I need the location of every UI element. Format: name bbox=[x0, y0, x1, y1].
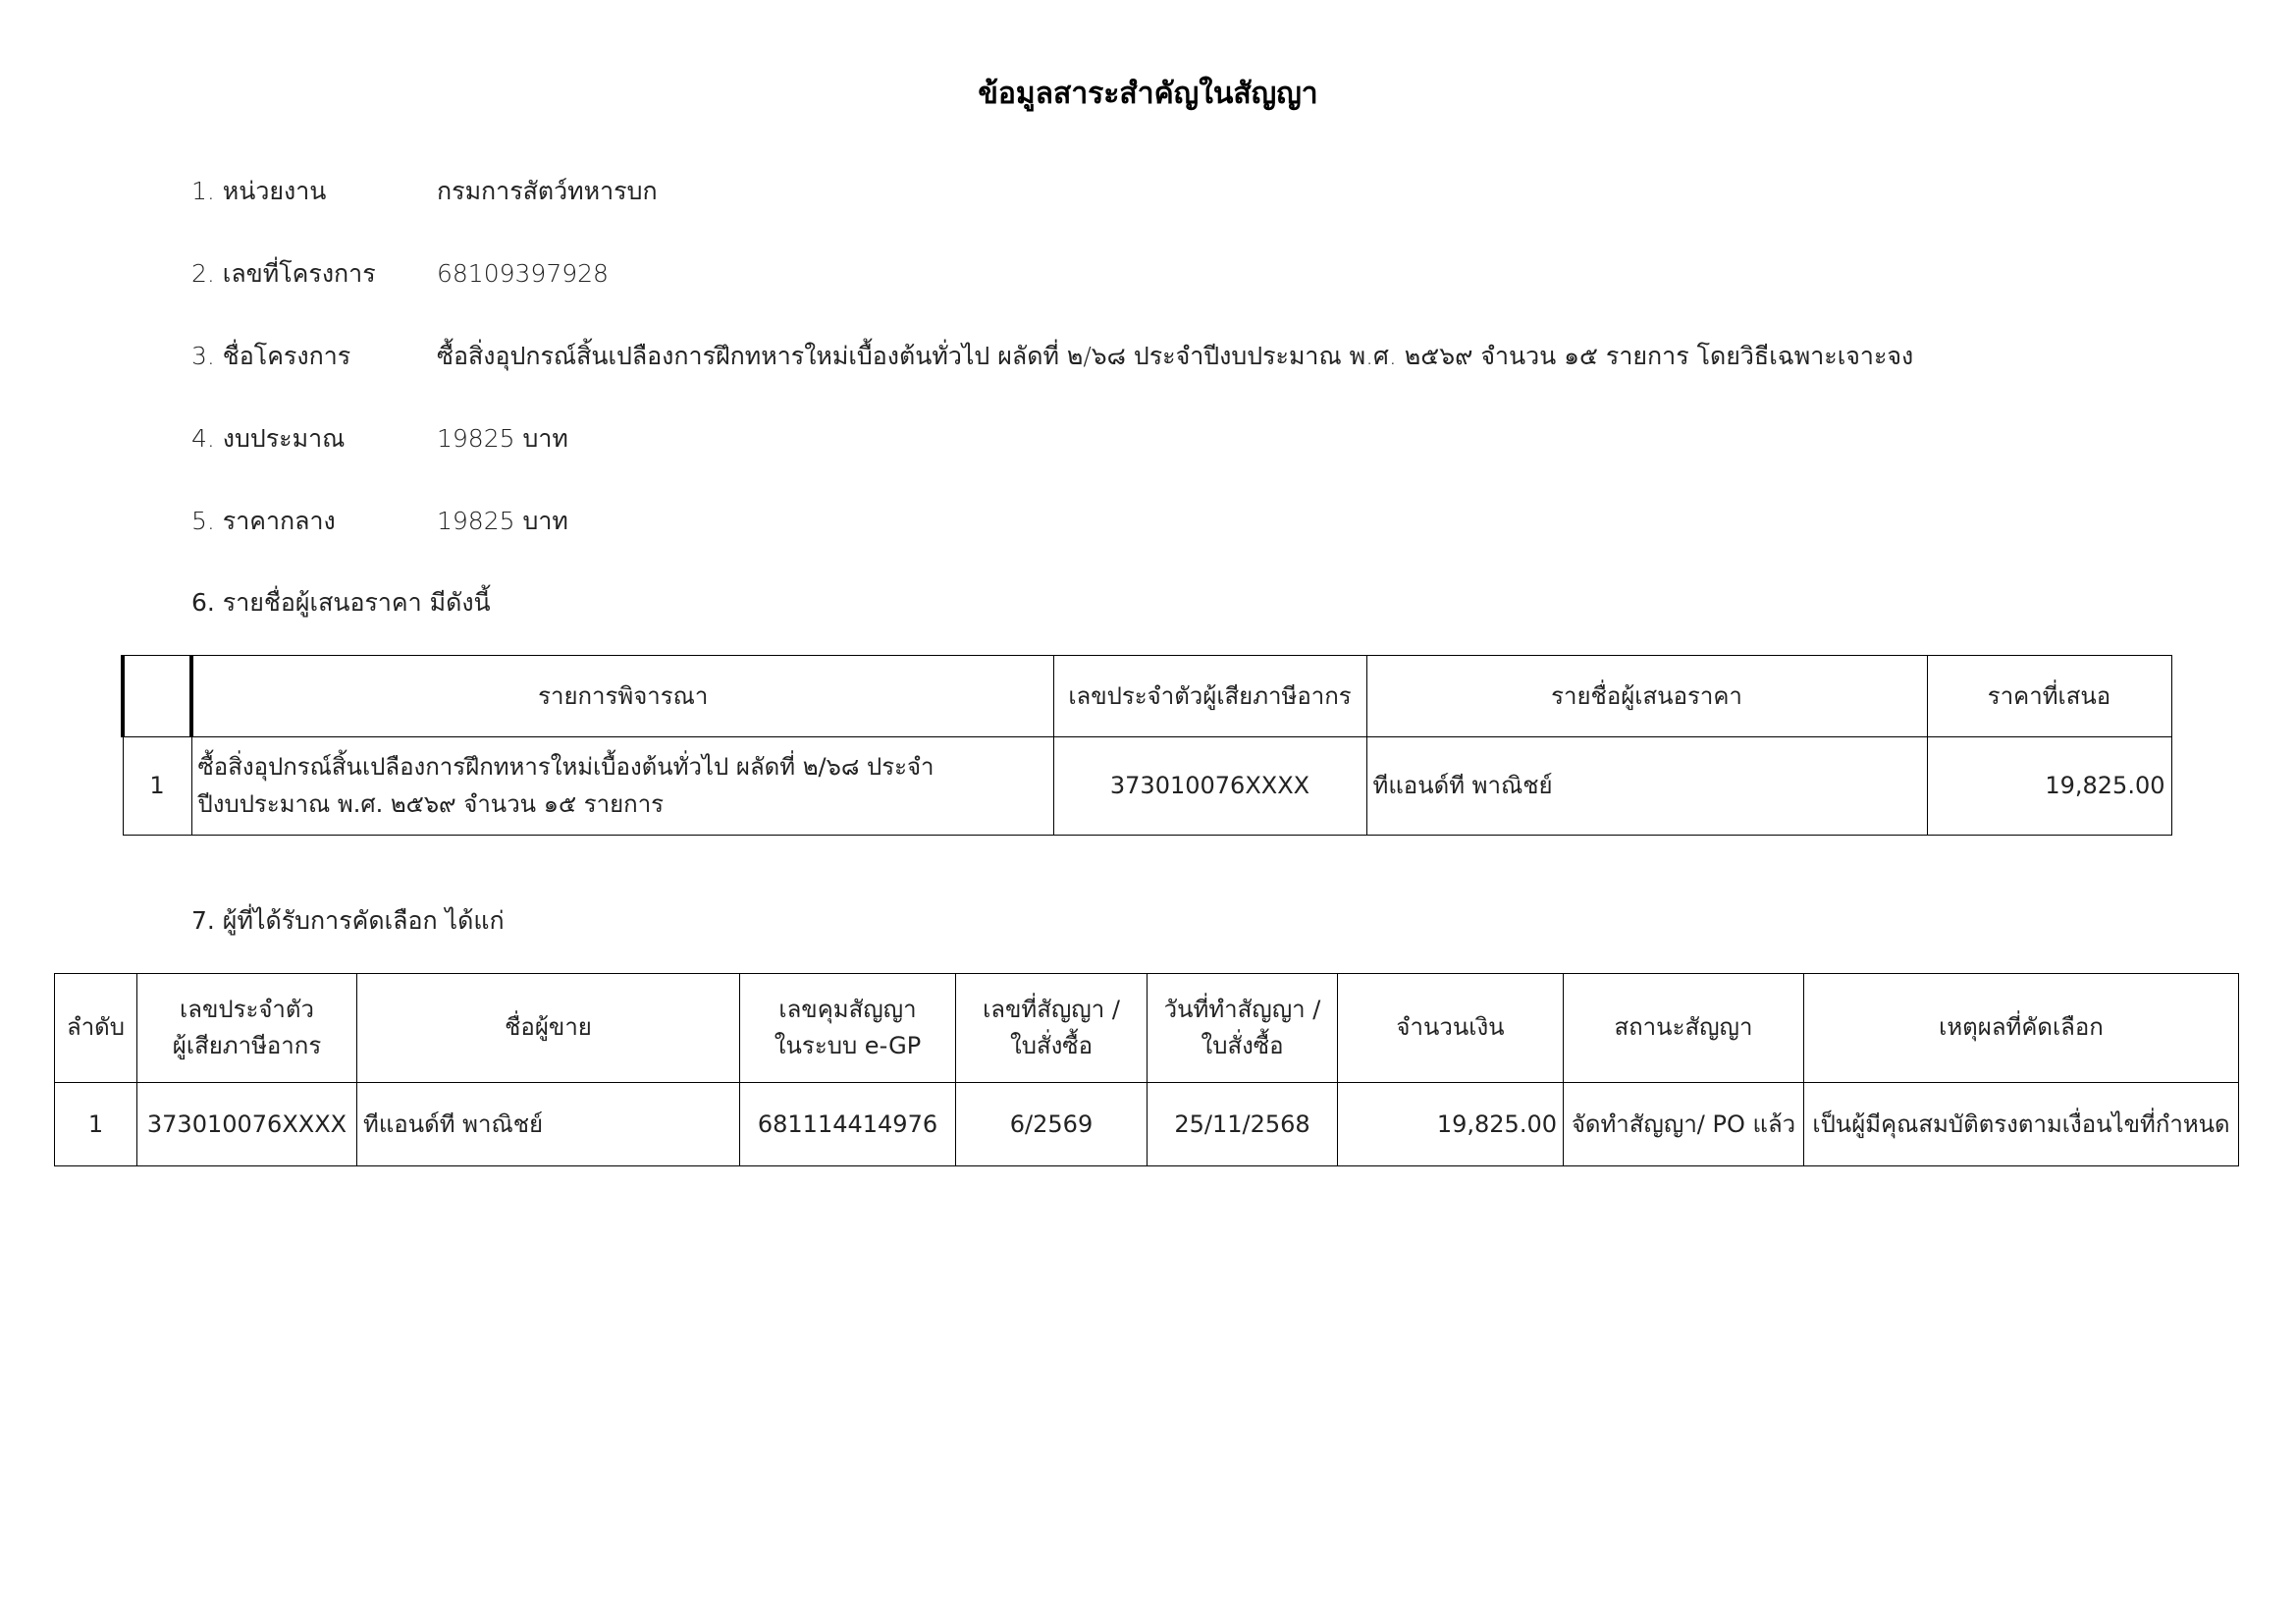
field-value: 19825 บาท bbox=[437, 419, 568, 459]
bidders-heading: 6. รายชื่อผู้เสนอราคา มีดังนี้ bbox=[191, 583, 491, 622]
cell-item-line2: ปีงบประมาณ พ.ศ. ๒๕๖๙ จำนวน ๑๕ รายการ bbox=[198, 786, 1047, 823]
column-header-bidder: รายชื่อผู้เสนอราคา bbox=[1366, 656, 1927, 737]
column-header-no bbox=[123, 656, 191, 737]
column-header-tax-id: เลขประจำตัวผู้เสียภาษีอากร bbox=[1053, 656, 1366, 737]
cell-bidder: ทีแอนด์ที พาณิชย์ bbox=[1366, 737, 1927, 836]
field-project-name: 3. ชื่อโครงการซื้อสิ่งอุปกรณ์สิ้นเปลืองก… bbox=[191, 337, 1913, 376]
cell-contract-no: 6/2569 bbox=[956, 1083, 1148, 1166]
field-value: ซื้อสิ่งอุปกรณ์สิ้นเปลืองการฝึกทหารใหม่เ… bbox=[437, 337, 1913, 376]
cell-no: 1 bbox=[123, 737, 191, 836]
cell-tax-id: 373010076XXXX bbox=[1053, 737, 1366, 836]
cell-amount: 19,825.00 bbox=[1338, 1083, 1564, 1166]
field-agency: 1. หน่วยงานกรมการสัตว์ทหารบก bbox=[191, 172, 658, 211]
cell-egp-control: 681114414976 bbox=[740, 1083, 956, 1166]
cell-item: ซื้อสิ่งอุปกรณ์สิ้นเปลืองการฝึกทหารใหม่เ… bbox=[191, 737, 1053, 836]
table-row: 1 373010076XXXX ทีแอนด์ที พาณิชย์ 681114… bbox=[55, 1083, 2239, 1166]
cell-reason: เป็นผู้มีคุณสมบัติตรงตามเงื่อนไขที่กำหนด bbox=[1804, 1083, 2239, 1166]
field-budget: 4. งบประมาณ19825 บาท bbox=[191, 419, 568, 459]
column-header-price: ราคาที่เสนอ bbox=[1927, 656, 2171, 737]
table-row: 1 ซื้อสิ่งอุปกรณ์สิ้นเปลืองการฝึกทหารใหม… bbox=[123, 737, 2171, 836]
cell-seller: ทีแอนด์ที พาณิชย์ bbox=[357, 1083, 740, 1166]
field-label: 2. เลขที่โครงการ bbox=[191, 254, 437, 294]
table-header-row: รายการพิจารณา เลขประจำตัวผู้เสียภาษีอากร… bbox=[123, 656, 2171, 737]
cell-tax-id: 373010076XXXX bbox=[137, 1083, 357, 1166]
field-label: 1. หน่วยงาน bbox=[191, 172, 437, 211]
column-header-egp-control: เลขคุมสัญญาในระบบ e-GP bbox=[740, 974, 956, 1083]
field-median-price: 5. ราคากลาง19825 บาท bbox=[191, 502, 568, 541]
column-header-contract-date: วันที่ทำสัญญา /ใบสั่งซื้อ bbox=[1148, 974, 1338, 1083]
column-header-item: รายการพิจารณา bbox=[191, 656, 1053, 737]
field-project-number: 2. เลขที่โครงการ68109397928 bbox=[191, 254, 609, 294]
selected-vendor-table: ลำดับ เลขประจำตัวผู้เสียภาษีอากร ชื่อผู้… bbox=[54, 973, 2239, 1166]
column-header-tax-id: เลขประจำตัวผู้เสียภาษีอากร bbox=[137, 974, 357, 1083]
cell-item-line1: ซื้อสิ่งอุปกรณ์สิ้นเปลืองการฝึกทหารใหม่เ… bbox=[198, 749, 1047, 785]
table-header-row: ลำดับ เลขประจำตัวผู้เสียภาษีอากร ชื่อผู้… bbox=[55, 974, 2239, 1083]
cell-order: 1 bbox=[55, 1083, 137, 1166]
column-header-order: ลำดับ bbox=[55, 974, 137, 1083]
column-header-seller: ชื่อผู้ขาย bbox=[357, 974, 740, 1083]
cell-status: จัดทำสัญญา/ PO แล้ว bbox=[1564, 1083, 1804, 1166]
field-label: 5. ราคากลาง bbox=[191, 502, 437, 541]
field-label: 4. งบประมาณ bbox=[191, 419, 437, 459]
cell-price: 19,825.00 bbox=[1927, 737, 2171, 836]
document-title: ข้อมูลสาระสำคัญในสัญญา bbox=[0, 71, 2296, 117]
field-value: กรมการสัตว์ทหารบก bbox=[437, 172, 658, 211]
field-value: 19825 บาท bbox=[437, 502, 568, 541]
column-header-status: สถานะสัญญา bbox=[1564, 974, 1804, 1083]
column-header-amount: จำนวนเงิน bbox=[1338, 974, 1564, 1083]
bidders-table: รายการพิจารณา เลขประจำตัวผู้เสียภาษีอากร… bbox=[121, 655, 2172, 836]
cell-contract-date: 25/11/2568 bbox=[1148, 1083, 1338, 1166]
column-header-reason: เหตุผลที่คัดเลือก bbox=[1804, 974, 2239, 1083]
field-value: 68109397928 bbox=[437, 259, 609, 288]
selected-heading: 7. ผู้ที่ได้รับการคัดเลือก ได้แก่ bbox=[191, 901, 505, 941]
column-header-contract-no: เลขที่สัญญา /ใบสั่งซื้อ bbox=[956, 974, 1148, 1083]
field-label: 3. ชื่อโครงการ bbox=[191, 337, 437, 376]
